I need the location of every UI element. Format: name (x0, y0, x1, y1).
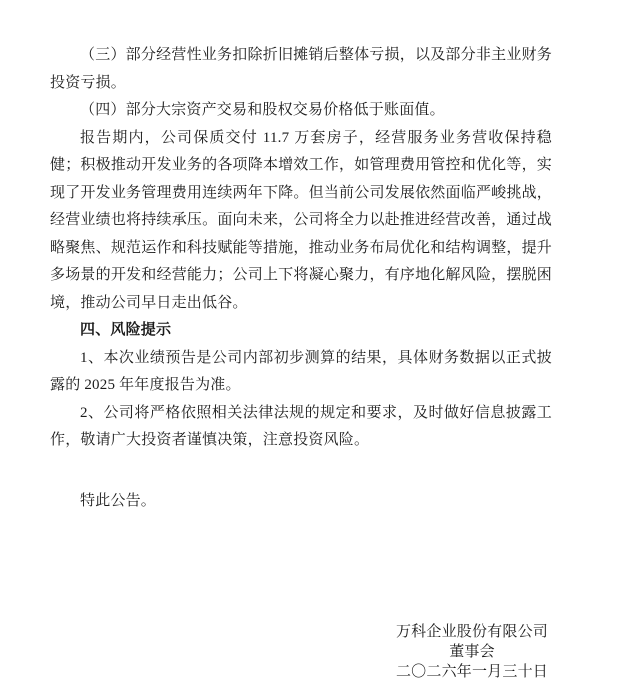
signature-date: 二〇二六年一月三十日 (392, 662, 552, 682)
paragraph-item-four: （四）部分大宗资产交易和股权交易价格低于账面值。 (50, 97, 552, 125)
paragraph-risk-item-2: 2、公司将严格依照相关法律法规的规定和要求，及时做好信息披露工作，敬请广大投资者… (50, 400, 552, 455)
signature-block: 万科企业股份有限公司 董事会 二〇二六年一月三十日 (392, 622, 552, 682)
risk-section-heading: 四、风险提示 (50, 317, 552, 345)
signature-company: 万科企业股份有限公司 (392, 622, 552, 642)
document-body: （三）部分经营性业务扣除折旧摊销后整体亏损，以及部分非主业财务投资亏损。 （四）… (0, 0, 640, 682)
announcement-page: （三）部分经营性业务扣除折旧摊销后整体亏损，以及部分非主业财务投资亏损。 （四）… (0, 0, 640, 700)
paragraph-item-three: （三）部分经营性业务扣除折旧摊销后整体亏损，以及部分非主业财务投资亏损。 (50, 42, 552, 97)
closing-note: 特此公告。 (50, 488, 552, 516)
paragraph-report-period: 报告期内，公司保质交付 11.7 万套房子，经营服务业务营收保持稳健；积极推动开… (50, 125, 552, 318)
signature-board: 董事会 (392, 642, 552, 662)
paragraph-risk-item-1: 1、本次业绩预告是公司内部初步测算的结果，具体财务数据以正式披露的 2025 年… (50, 345, 552, 400)
